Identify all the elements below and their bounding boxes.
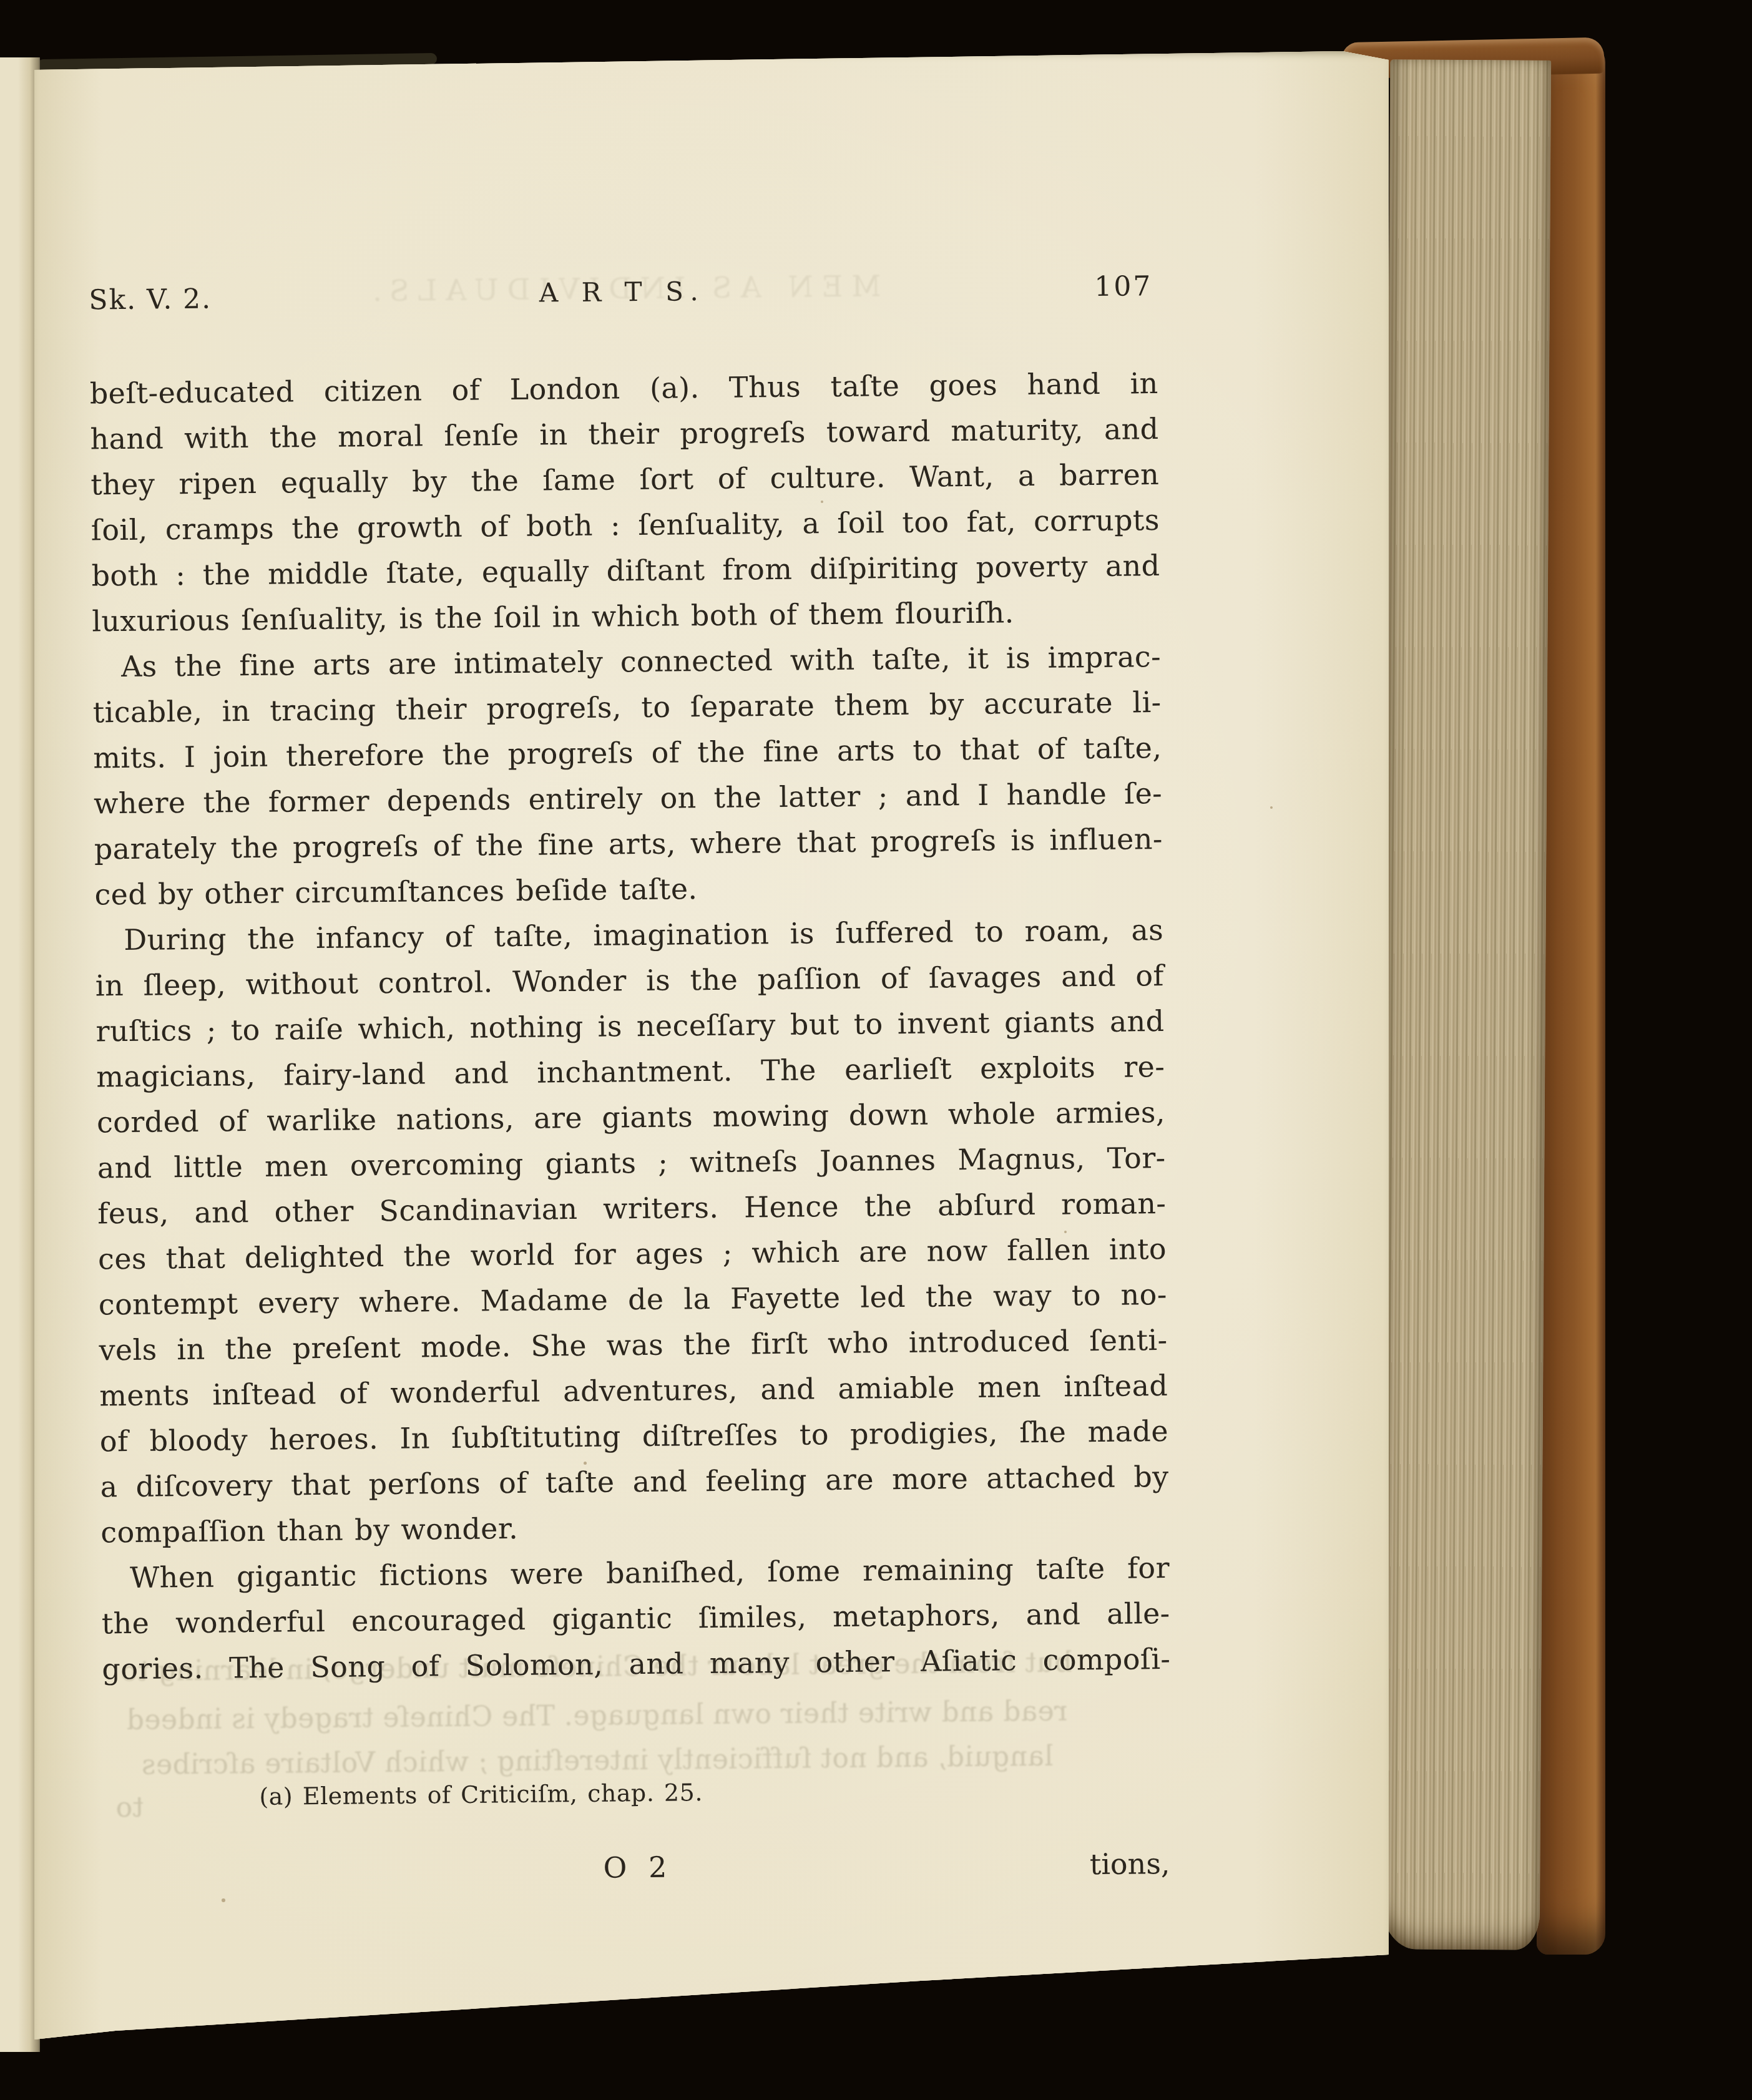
paper-speck [584,1462,587,1465]
header-page-number: 107 [1094,270,1152,303]
paper-speck [1270,806,1273,809]
paper-speck [222,1898,225,1902]
show-through-line: to [79,1791,179,1824]
running-header: Sk. V. 2. A R T S. 107 [89,270,1157,324]
footnote: (a) Elements of Criticiſm, chap. 25. [259,1779,703,1810]
show-through-line: languid, and not ſufficiently intereſtin… [110,1740,1084,1781]
show-through-line: read and write their own language. The C… [110,1695,1084,1736]
book-page: MEN AS INDIVIDUALS. but from the great l… [34,51,1389,2041]
signature-row: O 2 tions, [104,1845,1172,1855]
paper-speck [821,501,823,503]
body-line: gories. The Song of Solomon, and many ot… [102,1636,1171,1692]
facing-page-sliver [0,57,40,2052]
page-fore-edge-stack [1379,59,1551,1950]
paper-speck [1064,1231,1067,1233]
catchword: tions, [1090,1847,1170,1881]
signature-mark: O 2 [104,1845,1172,1889]
paper-speck [296,975,300,978]
body-text-block: beſt-educated citizen of London (a). Thu… [89,361,1170,1692]
printed-text-layer: MEN AS INDIVIDUALS. but from the great l… [26,45,1399,2048]
